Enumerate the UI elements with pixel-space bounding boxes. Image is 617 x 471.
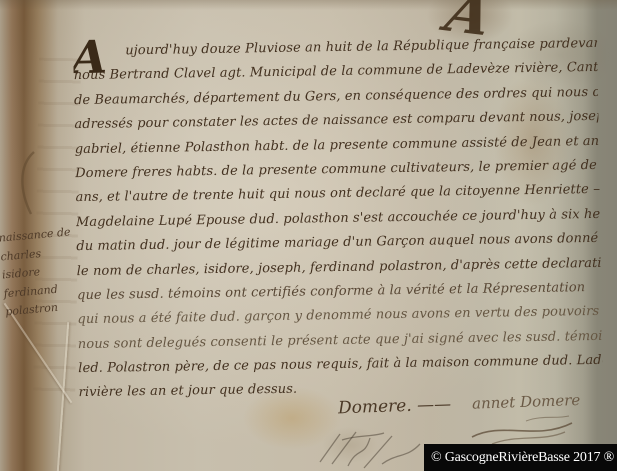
clavel-paraph — [312, 428, 430, 470]
document-photo: A naissance de charles isidore ferdinand… — [0, 0, 617, 471]
signature-domere: Domere. —— — [338, 394, 452, 418]
gutter-ink-mark — [12, 148, 42, 220]
manuscript-line-text: ujourd'huy douze Pluviose an huit de la … — [125, 36, 603, 59]
watermark-text: © GascogneRivièreBasse 2017 ® — [424, 450, 614, 466]
margin-note: naissance de charles isidore ferdinand p… — [0, 223, 86, 322]
manuscript-text: A ujourd'huy douze Pluviose an huit de l… — [73, 32, 603, 414]
signature-annet-domere: annet Domere — [472, 391, 581, 413]
watermark-bar: © GascogneRivièreBasse 2017 ® — [424, 444, 617, 471]
signature-flourish — [468, 413, 578, 447]
